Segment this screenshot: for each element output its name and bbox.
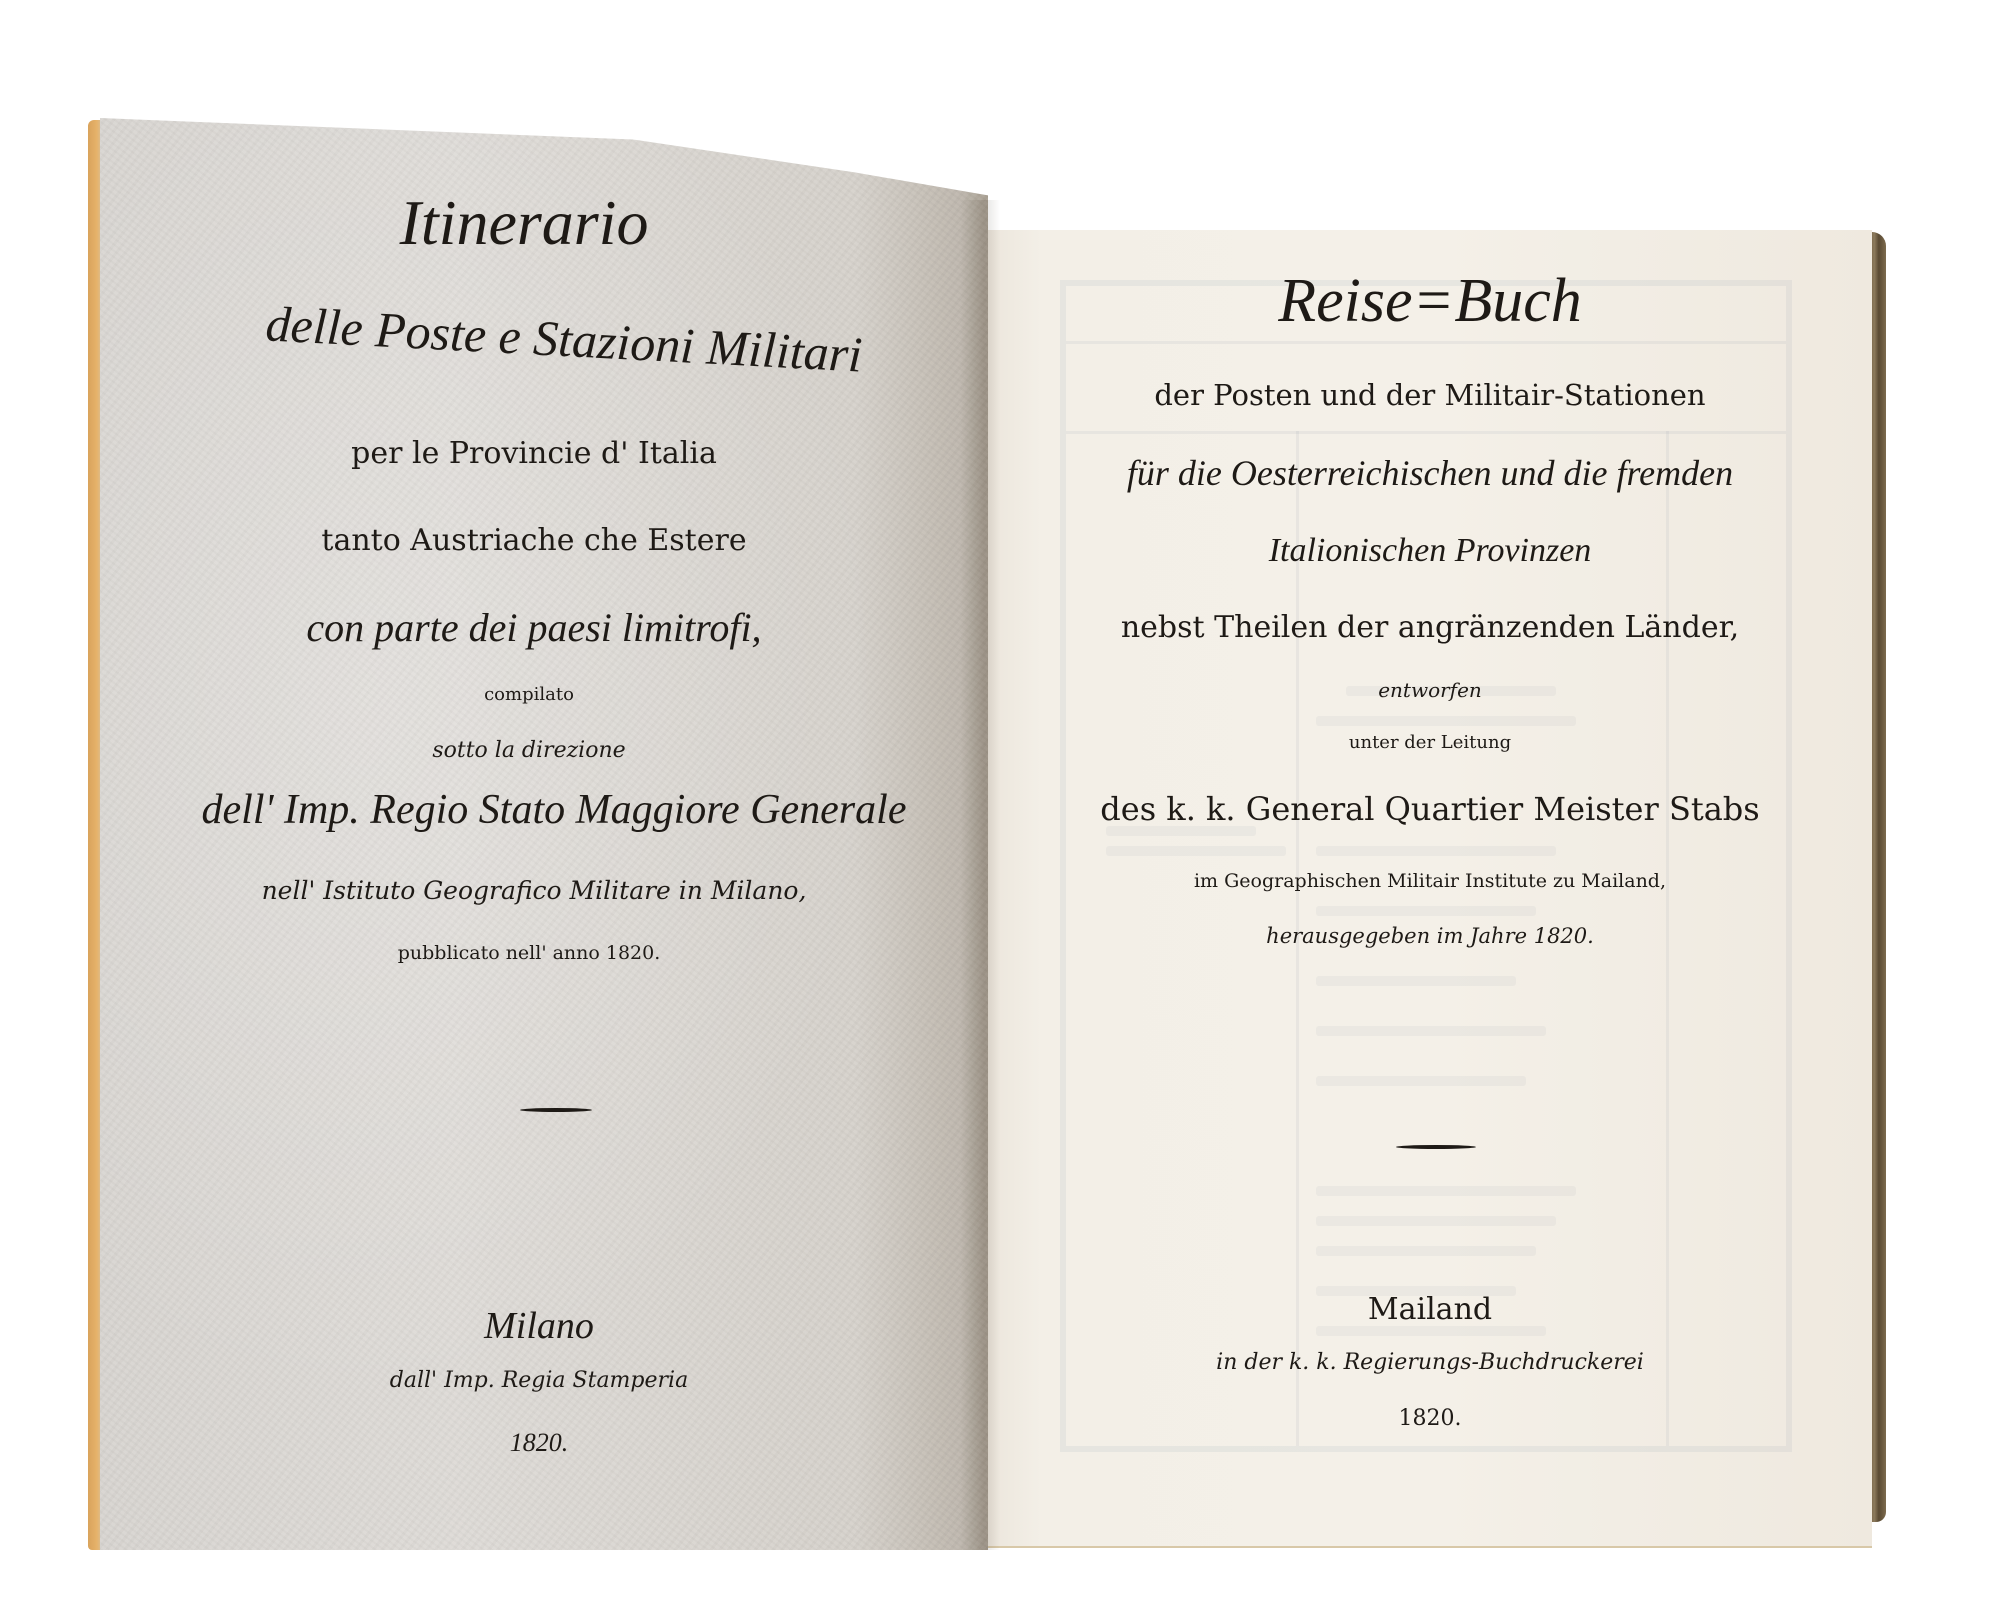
left-separator-rule xyxy=(520,1108,592,1112)
right-title-page: Reise=Buch der Posten und der Militair-S… xyxy=(988,230,1872,1546)
right-line-1: der Posten und der Militair-Stationen xyxy=(988,378,1872,412)
right-line-3: Italionischen Provinzen xyxy=(988,532,1872,570)
left-line-2: per le Provincie d' Italia xyxy=(100,436,968,471)
left-line-7: dell' Imp. Regio Stato Maggiore Generale xyxy=(120,786,988,834)
left-imprint-year: 1820. xyxy=(100,1428,978,1458)
right-imprint-printer: in der k. k. Regierungs-Buchdruckerei xyxy=(988,1350,1872,1375)
left-imprint-printer: dall' Imp. Regia Stamperia xyxy=(100,1368,978,1393)
left-line-4: con parte dei paesi limitrofi, xyxy=(100,604,968,651)
right-imprint-city: Mailand xyxy=(988,1292,1872,1327)
right-line-8: im Geographischen Militair Institute zu … xyxy=(988,870,1872,892)
right-line-7: des k. k. General Quartier Meister Stabs xyxy=(988,790,1872,828)
left-line-5: compilato xyxy=(100,684,958,705)
left-title-page: Itinerario delle Poste e Stazioni Milita… xyxy=(100,118,988,1550)
right-line-5: entworfen xyxy=(988,678,1872,702)
left-line-8: nell' Istituto Geografico Militare in Mi… xyxy=(100,876,968,905)
right-title: Reise=Buch xyxy=(988,266,1872,337)
photo-scene: Itinerario delle Poste e Stazioni Milita… xyxy=(0,0,2000,1609)
right-line-9: herausgegeben im Jahre 1820. xyxy=(988,924,1872,948)
right-line-6: unter der Leitung xyxy=(988,732,1872,753)
left-title: Itinerario xyxy=(100,186,948,260)
left-line-9: pubblicato nell' anno 1820. xyxy=(100,942,958,964)
right-separator-rule xyxy=(1396,1145,1476,1149)
right-line-2: für die Oesterreichischen und die fremde… xyxy=(988,452,1872,494)
left-imprint-city: Milano xyxy=(100,1304,978,1348)
left-line-1: delle Poste e Stazioni Militari xyxy=(139,288,989,390)
left-line-6: sotto la direzione xyxy=(100,738,958,763)
right-imprint-year: 1820. xyxy=(988,1406,1872,1431)
right-line-4: nebst Theilen der angränzenden Länder, xyxy=(988,610,1872,645)
left-line-3: tanto Austriache che Estere xyxy=(100,523,968,558)
